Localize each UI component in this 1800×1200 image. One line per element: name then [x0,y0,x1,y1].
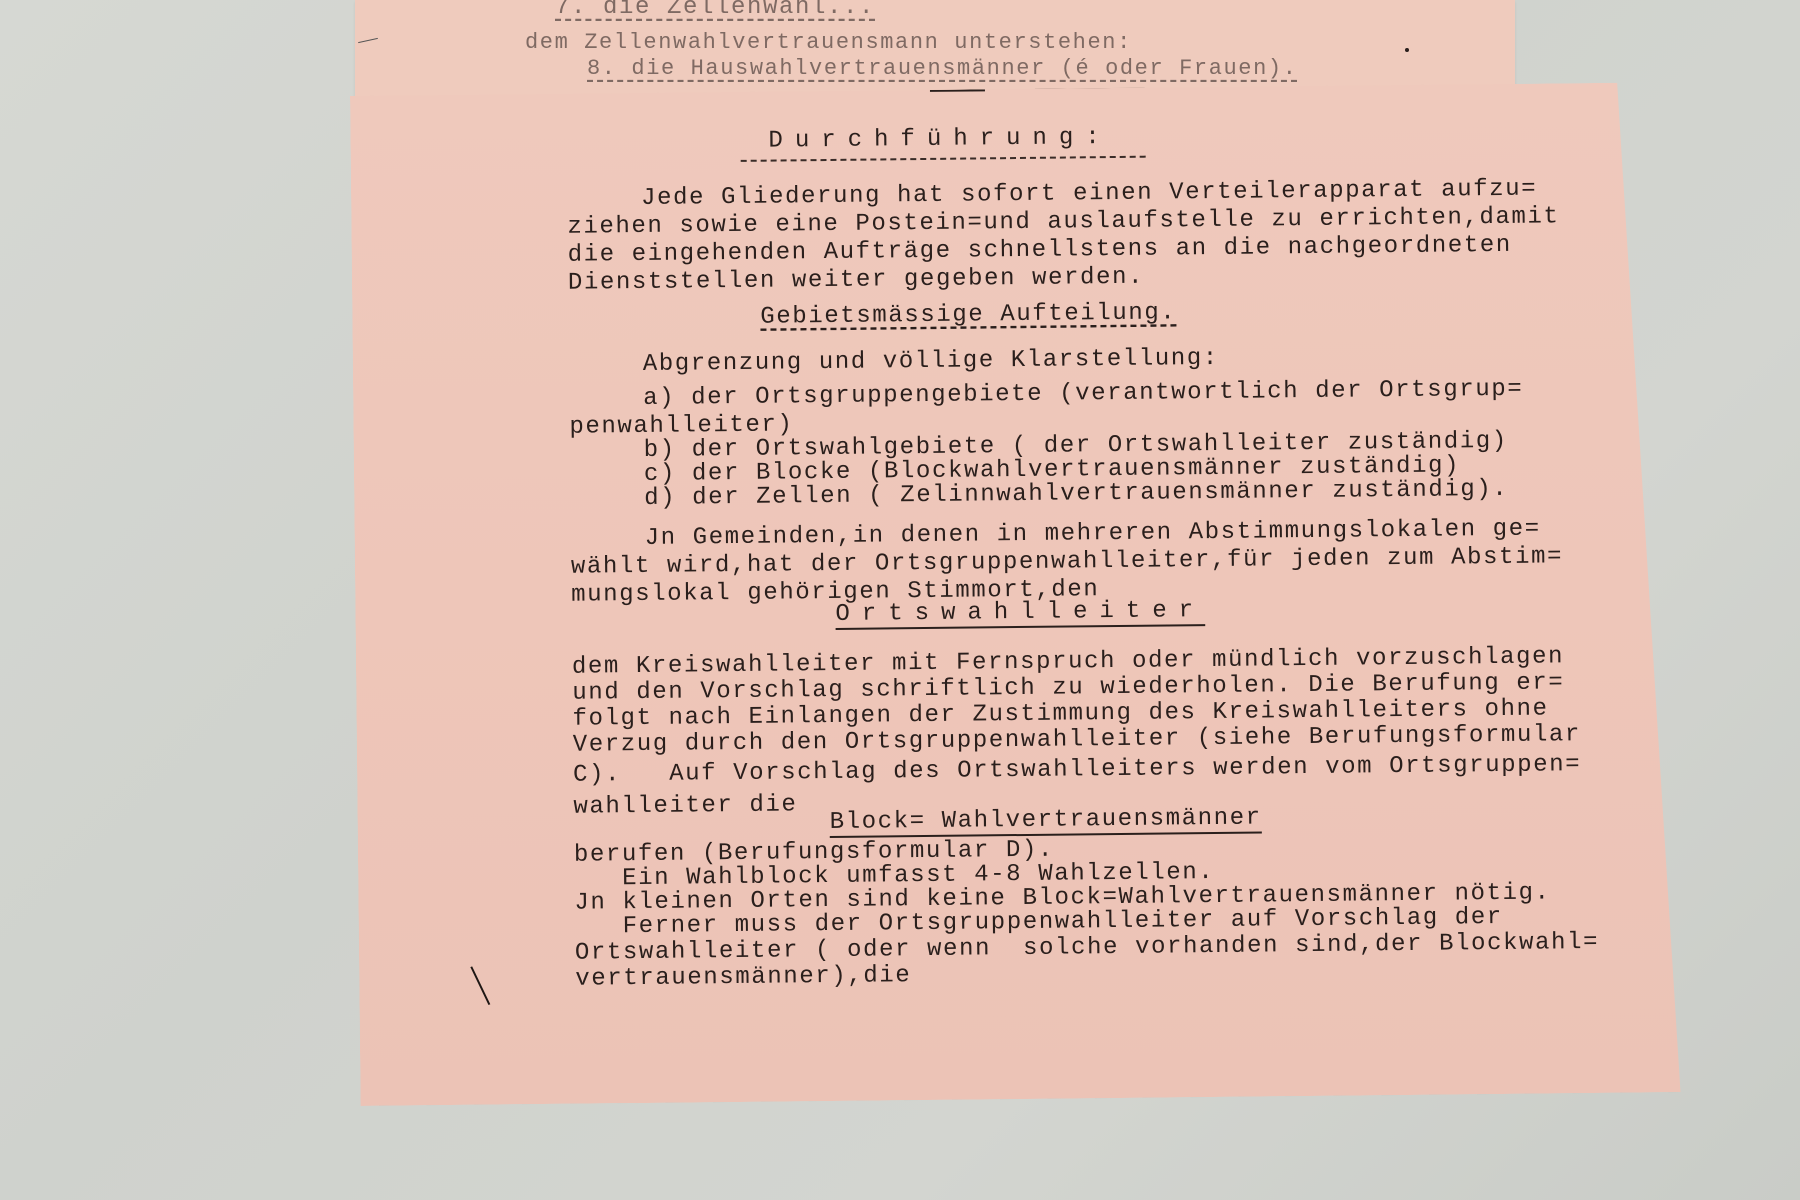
heading-ortswahlleiter: Ortswahlleiter [835,597,1205,628]
typewritten-page: Durchführung: Jede Gliederung hat sofort… [350,82,1681,1106]
list-item-7: 7. die Zellenwahl... [555,0,875,21]
overlapping-top-sheet: 7. die Zellenwahl... dem Zellenwahlvertr… [355,0,1515,98]
heading-underline [741,156,1146,162]
heading-durchfuehrung: Durchführung: [768,124,1111,155]
list-item-a: a) der Ortsgruppengebiete (verantwortlic… [643,376,1523,412]
list-item-8: 8. die Hauswahlvertrauensmänner (é oder … [587,56,1298,81]
subordinate-line: dem Zellenwahlvertrauensmann unterstehen… [525,30,1132,55]
intro-abgrenzung: Abgrenzung und völlige Klarstellung: [643,345,1219,378]
pencil-tick-mark [470,966,490,1005]
heading-gebietsmaessige-aufteilung: Gebietsmässige Aufteilung. [760,299,1176,330]
heading-block-wahlvertrauensmaenner: Block= Wahlvertrauensmänner [829,804,1261,836]
stray-mark [1405,48,1409,52]
